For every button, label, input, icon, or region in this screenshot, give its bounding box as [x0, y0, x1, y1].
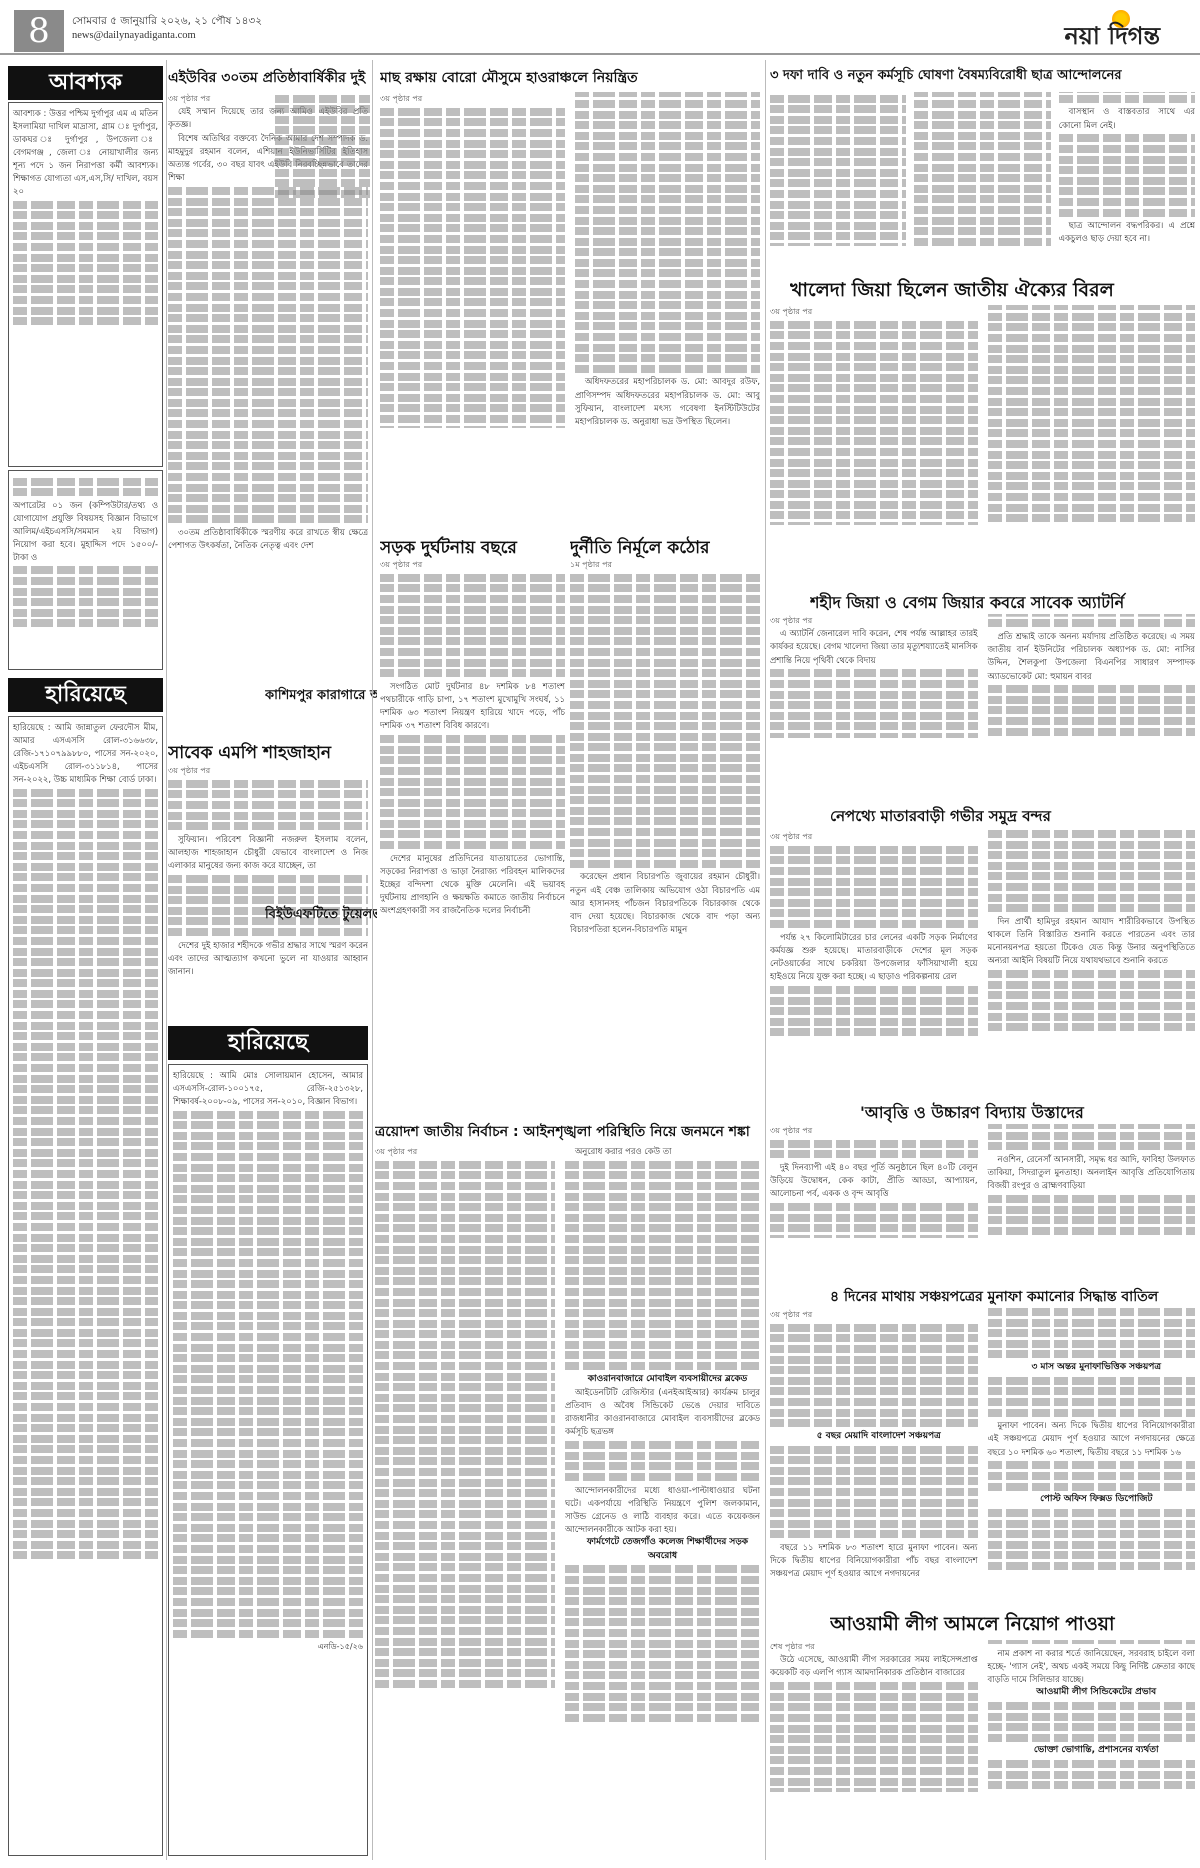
savings-subhead-2: ৩ মাস অন্তর মুনাফাভিত্তিক সঞ্চয়পত্র — [988, 1361, 1196, 1374]
article-savings-headline[interactable]: ৪ দিনের মাথায় সঞ্চয়পত্রের মুনাফা কমানো… — [830, 1285, 1200, 1309]
article-attorney-headline[interactable]: শহীদ জিয়া ও বেগম জিয়ার কবরে সাবেক অ্যা… — [810, 590, 1200, 617]
savings-subhead-3: পোস্ট অফিস ফিক্সড ডিপোজিট — [988, 1493, 1196, 1506]
awami-subhead-2: ভোক্তা ভোগান্তি, প্রশাসনের ব্যর্থতা — [988, 1744, 1196, 1757]
page-number: 8 — [14, 10, 64, 52]
article-recitation-headline[interactable]: 'আবৃত্তি ও উচ্চারণ বিদ্যায় উস্তাদের — [860, 1100, 1200, 1127]
newspaper-logo: নয়া দিগন্ত — [1064, 18, 1160, 58]
awami-subhead-1: আওয়ামী লীগ সিন্ডিকেটের প্রভাব — [988, 1686, 1196, 1699]
article-mp-body: ৩য় পৃষ্ঠার পর সুফিয়ান। পরিবেশ বিজ্ঞানী… — [168, 764, 368, 1019]
lost-section-title-2: হারিয়েছে — [168, 1026, 368, 1060]
article-corruption-body: ১ম পৃষ্ঠার পর করেছেন প্রধান বিচারপতি জুব… — [570, 558, 760, 1093]
article-fish-headline[interactable]: মাছ রক্ষায় বোরো মৌসুমে হাওরাঞ্চলে নিয়ন… — [380, 66, 760, 90]
lost-notice-text-2: হারিয়েছে : আমি মোঃ সোলায়মান হোসেন, আমা… — [173, 1069, 363, 1108]
lost-notice-text: হারিয়েছে : আমি জান্নাতুল ফেরদৌস মীম, আম… — [13, 721, 158, 786]
column-divider — [166, 60, 167, 1860]
election-subhead-2: ফার্মগেটে তেজগাঁও কলেজ শিক্ষার্থীদের সড়… — [565, 1536, 760, 1562]
wanted-ad: আবশ্যক : উত্তর পশ্চিম দুর্গাপুর এম এ মতি… — [8, 102, 163, 467]
column-divider — [372, 60, 373, 1860]
article-aub-headline[interactable]: এইউবির ৩০তম প্রতিষ্ঠাবার্ষিকীর দুই মাসব্… — [168, 66, 368, 90]
wanted-ad-text: আবশ্যক : উত্তর পশ্চিম দুর্গাপুর এম এ মতি… — [13, 107, 158, 198]
lost-section-title: হারিয়েছে — [8, 678, 163, 712]
wanted-section-title: আবশ্যক — [8, 66, 163, 100]
lost-notices: হারিয়েছে : আমি জান্নাতুল ফেরদৌস মীম, আম… — [8, 716, 163, 1856]
article-road-body: ৩য় পৃষ্ঠার পর সংগঠিত মোট দুর্ঘটনার ৪৮ দ… — [380, 558, 565, 1093]
article-awami-headline[interactable]: আওয়ামী লীগ আমলে নিয়োগ পাওয়া — [830, 1610, 1200, 1642]
article-election-col2: অনুরোধ করার পরও কেউ তা কাওরানবাজারে মোবা… — [565, 1145, 760, 1860]
lost-notices-2: হারিয়েছে : আমি মোঃ সোলায়মান হোসেন, আমা… — [168, 1064, 368, 1856]
article-fish-body: ৩য় পৃষ্ঠার পর অধিদফতরের মহাপরিচালক ড. ম… — [380, 92, 760, 532]
column-divider — [765, 60, 766, 1860]
article-student-headline[interactable]: ৩ দফা দাবি ও নতুন কর্মসূচি ঘোষণা বৈষম্যব… — [770, 66, 1195, 87]
article-matarbari-body: ৩য় পৃষ্ঠার পর পর্যন্ত ২৭ কিলোমিটারের চা… — [770, 830, 1195, 1095]
contact-email[interactable]: news@dailynayadiganta.com — [72, 30, 196, 41]
page-masthead: 8 সোমবার ৫ জানুয়ারি ২০২৬, ২১ পৌষ ১৪৩২ n… — [0, 0, 1200, 55]
article-buft-headline[interactable]: বিইউএফটিতে টুয়েলভ — [265, 905, 377, 926]
article-election-headline[interactable]: ত্রয়োদশ জাতীয় নির্বাচন : আইনশৃঙ্খলা পর… — [375, 1120, 760, 1144]
savings-subhead-1: ৫ বছর মেয়াদি বাংলাদেশ সঞ্চয়পত্র — [770, 1430, 978, 1443]
wanted-ad-2-text: অপারেটর ০১ জন (কম্পিউটার/তথ্য ও যোগাযোগ … — [13, 499, 158, 564]
publication-date: সোমবার ৫ জানুয়ারি ২০২৬, ২১ পৌষ ১৪৩২ — [72, 14, 262, 31]
article-awami-body: শেষ পৃষ্ঠার পর উঠে এসেছে, আওয়ামী লীগ সর… — [770, 1640, 1195, 1862]
article-savings-body: ৩য় পৃষ্ঠার পর ৫ বছর মেয়াদি বাংলাদেশ সঞ… — [770, 1308, 1195, 1608]
article-student-body: বাসস্থান ও বাস্তবতার সাথে এর কোনো মিল নে… — [770, 92, 1195, 267]
article-khaleda-body: ৩য় পৃষ্ঠার পর — [770, 305, 1195, 595]
article-election-body: ৩য় পৃষ্ঠার পর — [375, 1145, 555, 1860]
election-subhead-1: কাওরানবাজারে মোবাইল ব্যবসায়ীদের ব্লকেড — [565, 1373, 760, 1386]
ad-code: এনডি-১৫/২৬ — [173, 1640, 363, 1653]
article-matarbari-headline[interactable]: নেপথ্যে মাতারবাড়ী গভীর সমুদ্র বন্দর — [830, 805, 1200, 830]
wanted-ad-2: অপারেটর ০১ জন (কম্পিউটার/তথ্য ও যোগাযোগ … — [8, 470, 163, 670]
article-recitation-body: ৩য় পৃষ্ঠার পর দুই দিনব্যাপী এই ৪০ বছর প… — [770, 1124, 1195, 1279]
article-attorney-body: ৩য় পৃষ্ঠার পর এ অ্যাটর্নি জেনারেল দাবি … — [770, 614, 1195, 794]
article-aub-col2 — [275, 92, 370, 672]
article-kashimpur-headline[interactable]: কাশিমপুর কারাগারে আহসান — [265, 686, 377, 707]
article-khaleda-headline[interactable]: খালেদা জিয়া ছিলেন জাতীয় ঐক্যের বিরল — [790, 276, 1200, 308]
